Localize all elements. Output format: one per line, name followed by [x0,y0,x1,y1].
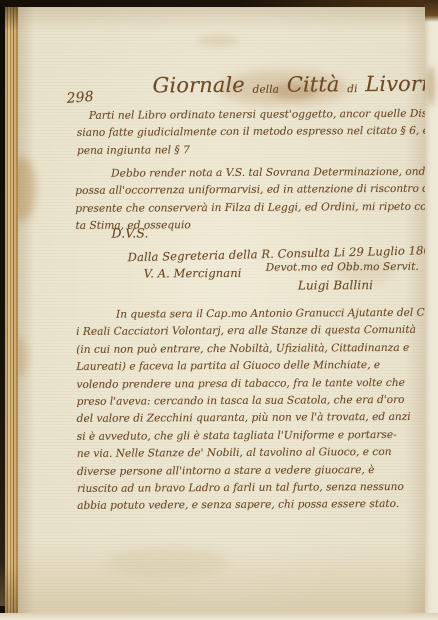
title-word: Giornale [153,73,245,98]
manuscript-line: pena ingiunta nel § 7 [77,140,425,160]
signature-name: Luigi Ballini [298,278,373,292]
scan-edge-bottom [0,613,438,620]
manuscript-line: Debbo render nota a V.S. tal Sovrana Det… [111,163,425,183]
title-word: di [347,83,357,95]
binding-corner-right [424,0,438,22]
handwritten-text-layer: 298 Giornale della Città di Livorno Part… [18,7,425,614]
paragraph-disdette-regulation: Parti nel Libro ordinato tenersi quest'o… [77,105,425,160]
manuscript-line: abbia potuto vedere, e senza sapere, chi… [77,496,425,516]
manuscript-line: del valore di Zecchini quaranta, più non… [77,409,425,429]
title-word: della [253,84,279,96]
manuscript-line: volendo prendere una presa di tabacco, f… [76,374,425,394]
manuscript-line: diverse persone all'intorno a stare a ve… [77,461,425,481]
manuscript-line: ne via. Nelle Stanze de' Nobili, al tavo… [77,444,425,464]
page-number: 298 [66,89,94,107]
valediction: D.V.S. [111,225,148,240]
title-word: Città [287,72,340,96]
manuscript-line: In questa sera il Cap.mo Antonio Granucc… [116,305,425,325]
title-word: Livorno [365,72,425,97]
manuscript-line: (in cui non può entrare, che Nobiltà, Uf… [76,339,425,359]
manuscript-page: 298 Giornale della Città di Livorno Part… [18,7,425,614]
manuscript-line: preso l'aveva: cercando in tasca la sua … [77,392,425,412]
manuscript-line: siano fatte giudicialmente con il metodo… [77,123,425,143]
manuscript-line: si è avveduto, che gli è stata tagliata … [77,426,425,446]
manuscript-scan: 298 Giornale della Città di Livorno Part… [0,0,438,620]
signature-secretary: V. A. Mercignani [144,266,242,281]
paragraph-theft-report: In questa sera il Cap.mo Antonio Granucc… [76,305,425,516]
manuscript-line: i Reali Cacciatori Volontarj, era alle S… [76,322,425,342]
manuscript-line: presente che conserverà in Filza di Legg… [75,198,425,218]
manuscript-line: Laureati) e faceva la partita al Giuoco … [76,357,425,377]
page-edge-mark [427,66,435,106]
signature-honorific: Devot.mo ed Obb.mo Servit. [266,261,419,274]
book-fore-edge-pages [5,7,18,614]
manuscript-line: possa all'occorrenza uniformarvisi, ed i… [75,181,425,201]
manuscript-line: Parti nel Libro ordinato tenersi quest'o… [89,105,425,125]
manuscript-line: riuscito ad un bravo Ladro a farli un ta… [77,479,425,499]
journal-title: Giornale della Città di Livorno [153,72,425,98]
